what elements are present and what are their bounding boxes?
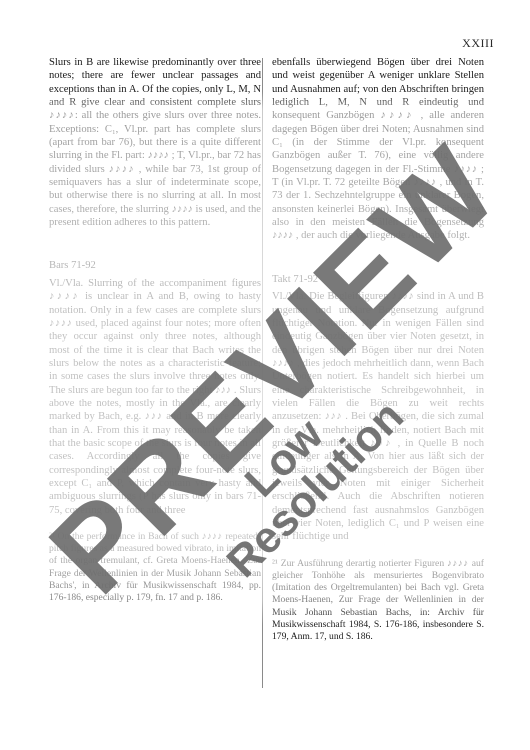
- left-paragraph-slurs-in-b: Slurs in B are likewise predominantly ov…: [49, 56, 261, 229]
- right-column-german: ebenfalls überwiegend Bögen über drei No…: [272, 56, 484, 653]
- right-paragraph-takt-71-92: Vl./Vla. Die Begleitfiguren ♪♪♪♪ sind in…: [272, 290, 484, 544]
- right-paragraph-boegen: ebenfalls überwiegend Bögen über drei No…: [272, 56, 484, 243]
- page-number: XXIII: [462, 36, 494, 51]
- left-column-english: Slurs in B are likewise predominantly ov…: [49, 56, 261, 614]
- left-footnote-21: ²¹ On the performance in Bach of such ♪♪…: [49, 531, 261, 604]
- left-section-heading: Bars 71-92: [49, 259, 261, 272]
- left-paragraph-bars-71-92: Vl./Vla. Slurring of the accompaniment f…: [49, 277, 261, 517]
- column-divider: [262, 58, 263, 688]
- right-footnote-21: ²¹ Zur Ausführung derartig notierter Fig…: [272, 558, 484, 643]
- right-section-heading: Takt 71-92: [272, 273, 484, 286]
- document-page: XXIII Slurs in B are likewise predominan…: [0, 0, 530, 750]
